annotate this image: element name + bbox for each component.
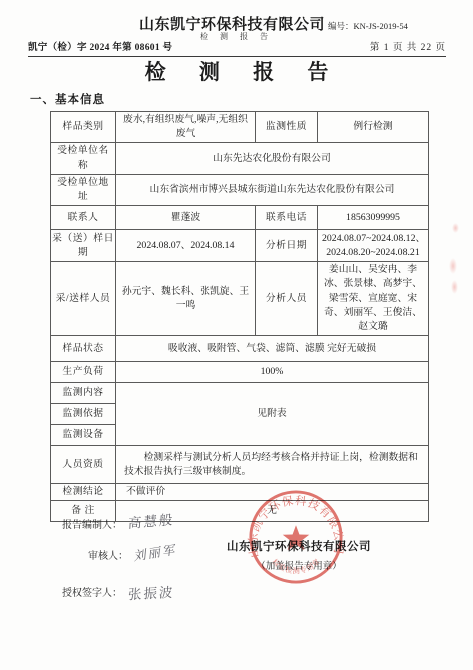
signer-row: 授权签字人：张振波 [62, 580, 175, 600]
cell-monitor-type: 例行检测 [318, 112, 429, 143]
cell-sample-state-label: 样品状态 [51, 336, 116, 362]
table-row: 生产负荷 100% [51, 362, 429, 383]
seal-bottom-text: 检验检测专用章 [271, 557, 322, 576]
table-row: 样品状态 吸收液、吸附管、气袋、滤筒、滤膜 完好无破损 [51, 336, 429, 362]
cell-analysis-date-label: 分析日期 [256, 230, 318, 262]
cell-production-load-label: 生产负荷 [51, 362, 116, 383]
table-row: 受检单位名称 山东先达农化股份有限公司 [51, 143, 429, 174]
cell-sample-category-label: 样品类别 [51, 112, 116, 143]
reviewer-label: 审核人： [88, 551, 128, 562]
cell-client-name: 山东先达农化股份有限公司 [116, 143, 429, 174]
table-row: 监测内容 见附表 [51, 383, 429, 404]
cell-sample-category: 废水,有组织废气,噪声,无组织废气 [116, 112, 256, 143]
cell-samplers: 孙元宇、魏长科、张凯旋、王一鸣 [116, 262, 256, 336]
basic-info-table: 样品类别 废水,有组织废气,噪声,无组织废气 监测性质 例行检测 受检单位名称 … [50, 111, 429, 522]
header-meta-line: 凯宁（检）字 2024 年第 08601 号 第 1 页 共 22 页 [28, 39, 446, 57]
cell-monitor-content-label: 监测内容 [51, 383, 116, 404]
signer-label: 授权签字人： [62, 588, 122, 599]
cell-samplers-label: 采/送样人员 [51, 262, 116, 336]
cell-phone-label: 联系电话 [256, 206, 318, 230]
table-row: 检测结论 不做评价 [51, 484, 429, 501]
cell-conclusion-label: 检测结论 [51, 484, 116, 501]
cell-client-name-label: 受检单位名称 [51, 143, 116, 174]
cell-production-load: 100% [116, 362, 429, 383]
cell-see-attachment: 见附表 [116, 383, 429, 446]
svg-text:检验检测专用章: 检验检测专用章 [271, 557, 322, 576]
cell-monitor-basis-label: 监测依据 [51, 404, 116, 425]
reviewer-row: 审核人：刘丽军 [88, 545, 178, 563]
cell-analysts: 姜山山、吴安冉、李冰、张景棣、高梦宇、梁雪荣、宣庭宽、宋奇、刘丽军、王俊洁、赵文… [318, 262, 429, 336]
report-title: 检 测 报 告 [0, 56, 473, 86]
stamp-bleed-mark [451, 280, 458, 294]
preparer-signature: 高慧般 [128, 508, 175, 532]
cell-analysts-label: 分析人员 [256, 262, 318, 336]
section-title-basic-info: 一、基本信息 [30, 91, 105, 107]
cell-phone: 18563099995 [318, 206, 429, 230]
cell-sample-state: 吸收液、吸附管、气袋、滤筒、滤膜 完好无破损 [116, 336, 429, 362]
cell-analysis-date: 2024.08.07~2024.08.12、 2024.08.20~2024.0… [318, 230, 429, 262]
analysis-date-line: 2024.08.20~2024.08.21 [322, 246, 424, 260]
cell-personnel: 检测采样与测试分析人员均经考核合格并持证上岗，检测数据和技术报告执行三级审核制度… [116, 446, 429, 484]
signer-signature: 张振波 [128, 581, 175, 604]
cell-sampling-date-label: 采（送）样日期 [51, 230, 116, 262]
page-indicator: 第 1 页 共 22 页 [370, 39, 446, 53]
stamp-bleed-mark [452, 223, 459, 233]
table-row: 联系人 瞿蓬波 联系电话 18563099995 [51, 206, 429, 230]
cell-monitor-device-label: 监测设备 [51, 425, 116, 446]
analysis-date-line: 2024.08.07~2024.08.12、 [322, 232, 424, 246]
cell-contact: 瞿蓬波 [116, 206, 256, 230]
table-row: 采（送）样日期 2024.08.07、2024.08.14 分析日期 2024.… [51, 230, 429, 262]
preparer-row: 报告编制人：高慧般 [62, 512, 175, 532]
report-number-value: KN-JS-2019-54 [354, 21, 408, 31]
cell-personnel-label: 人员资质 [51, 446, 116, 484]
table-row: 受检单位地址 山东省滨州市博兴县城东街道山东先达农化股份有限公司 [51, 174, 429, 205]
table-row: 样品类别 废水,有组织废气,噪声,无组织废气 监测性质 例行检测 [51, 112, 429, 143]
table-row: 人员资质 检测采样与测试分析人员均经考核合格并持证上岗，检测数据和技术报告执行三… [51, 446, 429, 484]
report-page: 山东凯宁环保科技有限公司 编号：KN-JS-2019-54 检 测 报 告 凯宁… [0, 0, 473, 670]
report-number-label: 编号： [328, 21, 354, 31]
cell-sampling-date: 2024.08.07、2024.08.14 [116, 230, 256, 262]
document-number: 凯宁（检）字 2024 年第 08601 号 [28, 39, 172, 53]
preparer-label: 报告编制人： [62, 520, 122, 531]
stamp-bleed-mark [449, 258, 457, 274]
table-row: 采/送样人员 孙元宇、魏长科、张凯旋、王一鸣 分析人员 姜山山、吴安冉、李冰、张… [51, 262, 429, 336]
cell-monitor-type-label: 监测性质 [256, 112, 318, 143]
cell-client-addr-label: 受检单位地址 [51, 174, 116, 205]
cell-client-addr: 山东省滨州市博兴县城东街道山东先达农化股份有限公司 [116, 174, 429, 205]
seal-star-icon [283, 525, 309, 550]
reviewer-signature: 刘丽军 [133, 539, 178, 564]
cell-contact-label: 联系人 [51, 206, 116, 230]
company-seal-icon: 山东凯宁环保科技有限公司 检验检测专用章 [247, 488, 345, 586]
